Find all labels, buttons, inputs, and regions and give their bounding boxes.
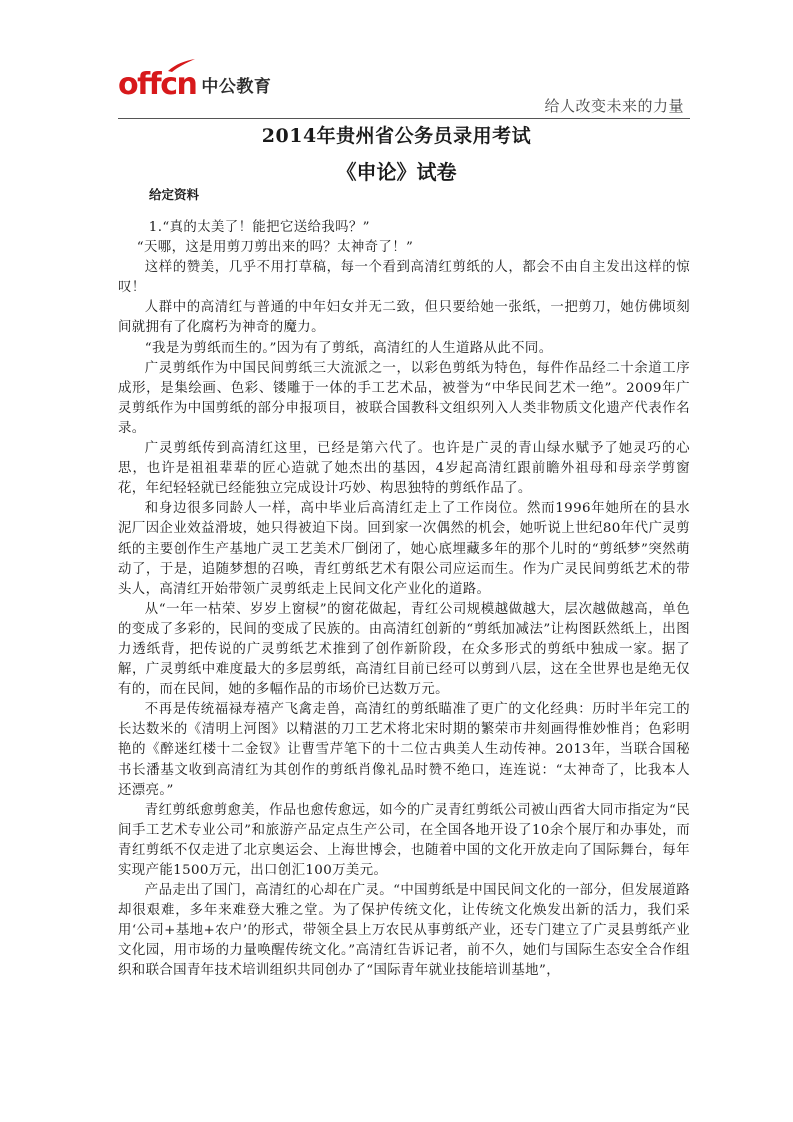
logo-chinese-text: 中公教育 — [201, 74, 271, 100]
paragraph: “天哪，这是用剪刀剪出来的吗？太神奇了！” — [118, 238, 690, 258]
offcn-logo: offcn 中公教育 — [118, 64, 271, 100]
page-header: offcn 中公教育 给人改变未来的力量 — [118, 64, 690, 120]
document-subtitle: 《申论》试卷 — [0, 156, 793, 185]
paragraph: 从“一年一枯荣、岁岁上窗棂”的窗花做起，青红公司规模越做越大，层次越做越高，单色… — [118, 600, 690, 700]
paragraph: “我是为剪纸而生的。”因为有了剪纸，高清红的人生道路从此不同。 — [118, 339, 690, 359]
paragraph: 不再是传统福禄寿禧产飞禽走兽，高清红的剪纸瞄准了更广的文化经典：历时半年完工的长… — [118, 700, 690, 800]
document-title: 2014年贵州省公务员录用考试 — [0, 121, 793, 148]
logo-latin-text: offcn — [118, 70, 196, 100]
paragraph: 广灵剪纸作为中国民间剪纸三大流派之一，以彩色剪纸为特色，每件作品经二十余道工序成… — [118, 359, 690, 439]
document-body: 1.“真的太美了！能把它送给我吗？” “天哪，这是用剪刀剪出来的吗？太神奇了！”… — [118, 218, 690, 982]
section-label: 给定资料 — [149, 185, 199, 203]
logo-swoosh-icon — [166, 58, 196, 72]
paragraph: 1.“真的太美了！能把它送给我吗？” — [118, 218, 690, 238]
slogan: 给人改变未来的力量 — [544, 95, 684, 116]
paragraph: 产品走出了国门，高清红的心却在广灵。“中国剪纸是中国民间文化的一部分，但发展道路… — [118, 881, 690, 981]
header-divider — [118, 118, 690, 119]
paragraph: 和身边很多同龄人一样，高中毕业后高清红走上了工作岗位。然而1996年她所在的县水… — [118, 499, 690, 599]
paragraph: 人群中的高清红与普通的中年妇女并无二致，但只要给她一张纸，一把剪刀，她仿佛顷刻间… — [118, 298, 690, 338]
paragraph: 这样的赞美，几乎不用打草稿，每一个看到高清红剪纸的人，都会不由自主发出这样的惊叹… — [118, 258, 690, 298]
paragraph: 广灵剪纸传到高清红这里，已经是第六代了。也许是广灵的青山绿水赋予了她灵巧的心思，… — [118, 439, 690, 499]
paragraph: 青红剪纸愈剪愈美，作品也愈传愈远，如今的广灵青红剪纸公司被山西省大同市指定为“民… — [118, 801, 690, 881]
